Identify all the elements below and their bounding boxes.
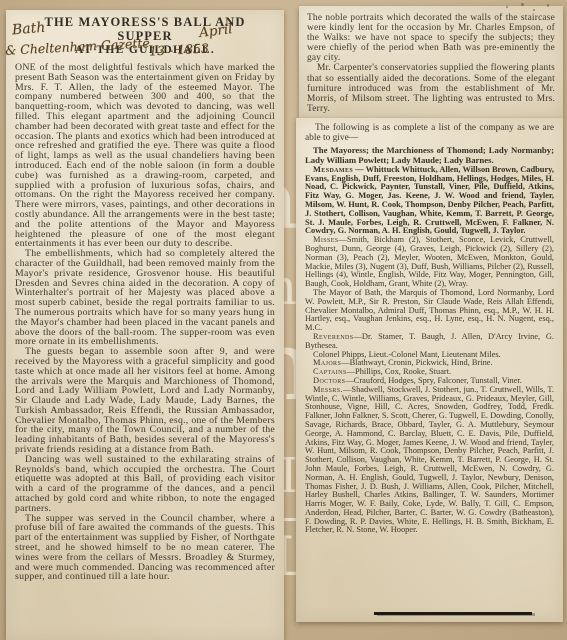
group-label: Messrs.	[313, 385, 343, 394]
group-separator: —	[341, 358, 349, 367]
article-title-line2: AT THE GUILDHALL.	[15, 43, 275, 57]
dirt-speck	[521, 3, 524, 6]
article-paragraph: The noble portraits which decorated the …	[307, 13, 555, 63]
left-column-text: ONE of the most delightful festivals whi…	[15, 63, 275, 582]
group-names: Crauford, Hodges, Spry, Falconer, Tunsta…	[354, 376, 522, 385]
dirt-speck	[533, 9, 535, 11]
group-separator: —	[339, 235, 347, 244]
dirt-speck	[500, 14, 502, 16]
group-names: Smith, Bickham (2), Stothert, Sconce, Le…	[305, 235, 554, 288]
company-list-intro: The following is as complete a list of t…	[305, 123, 554, 143]
group-label: Misses	[313, 235, 339, 244]
newspaper-clipping-left: THE MAYORESS'S BALL AND SUPPER AT THE GU…	[6, 10, 284, 640]
group-separator: —	[353, 165, 366, 174]
group-label: Captains	[313, 367, 347, 376]
group-names: Whittuck Whittuck, Allen, Willson Brown,…	[305, 165, 554, 236]
article-title-line1: THE MAYORESS'S BALL AND SUPPER	[15, 15, 275, 43]
group-names: The Mayor of Bath, the Marquis of Thomon…	[305, 288, 554, 332]
dirt-speck	[506, 6, 508, 8]
group-label: Doctors	[313, 376, 345, 385]
company-group-misses: Misses—Smith, Bickham (2), Stothert, Sco…	[305, 236, 554, 289]
article-paragraph: The supper was served in the Council cha…	[15, 514, 275, 583]
article-paragraph: The embellishments, which had so complet…	[15, 249, 275, 347]
group-label: Mesdames	[313, 165, 353, 174]
article-end-rule	[374, 612, 532, 616]
article-paragraph: The guests began to assemble soon after …	[15, 347, 275, 455]
company-ladies-line: The Mayoress; the Marchioness of Thomond…	[305, 146, 554, 164]
article-paragraph: Mr. Carpenter's conservatories supplied …	[307, 63, 555, 113]
group-label: Majors	[313, 358, 341, 367]
group-separator: —	[345, 376, 353, 385]
newspaper-clipping-right-list: The following is as complete a list of t…	[296, 118, 563, 622]
article-paragraph: ONE of the most delightful festivals whi…	[15, 63, 275, 249]
company-group-reverends: Reverends—Dr. Stamer, T. Baugh, J. Allen…	[305, 333, 554, 351]
dirt-speck	[547, 4, 549, 7]
group-separator: —	[354, 332, 362, 341]
company-group-messrs: Messrs.—Shadwell, Stockwell, J. Stothert…	[305, 386, 554, 536]
article-paragraph: Dancing was well sustained to the exhila…	[15, 455, 275, 514]
group-names: Colonel Phipps, Lieut.-Colonel Mant, Lie…	[313, 350, 501, 359]
group-label: Reverends	[313, 332, 354, 341]
group-names: Phillips, Cox, Rooke, Stuart.	[355, 367, 451, 376]
group-names: Blathwayt, Cronin, Pickwick, Hind, Brine…	[350, 358, 493, 367]
company-group-gentlemen: The Mayor of Bath, the Marquis of Thomon…	[305, 289, 554, 333]
company-group-mesdames: Mesdames — Whittuck Whittuck, Allen, Wil…	[305, 166, 554, 236]
album-page: { "annotation": { "source_line1": "Bath"…	[0, 0, 567, 640]
group-separator: —	[347, 367, 355, 376]
group-names: Shadwell, Stockwell, J. Stothert, jun., …	[305, 385, 554, 535]
newspaper-clipping-right-top: The noble portraits which decorated the …	[299, 6, 563, 118]
